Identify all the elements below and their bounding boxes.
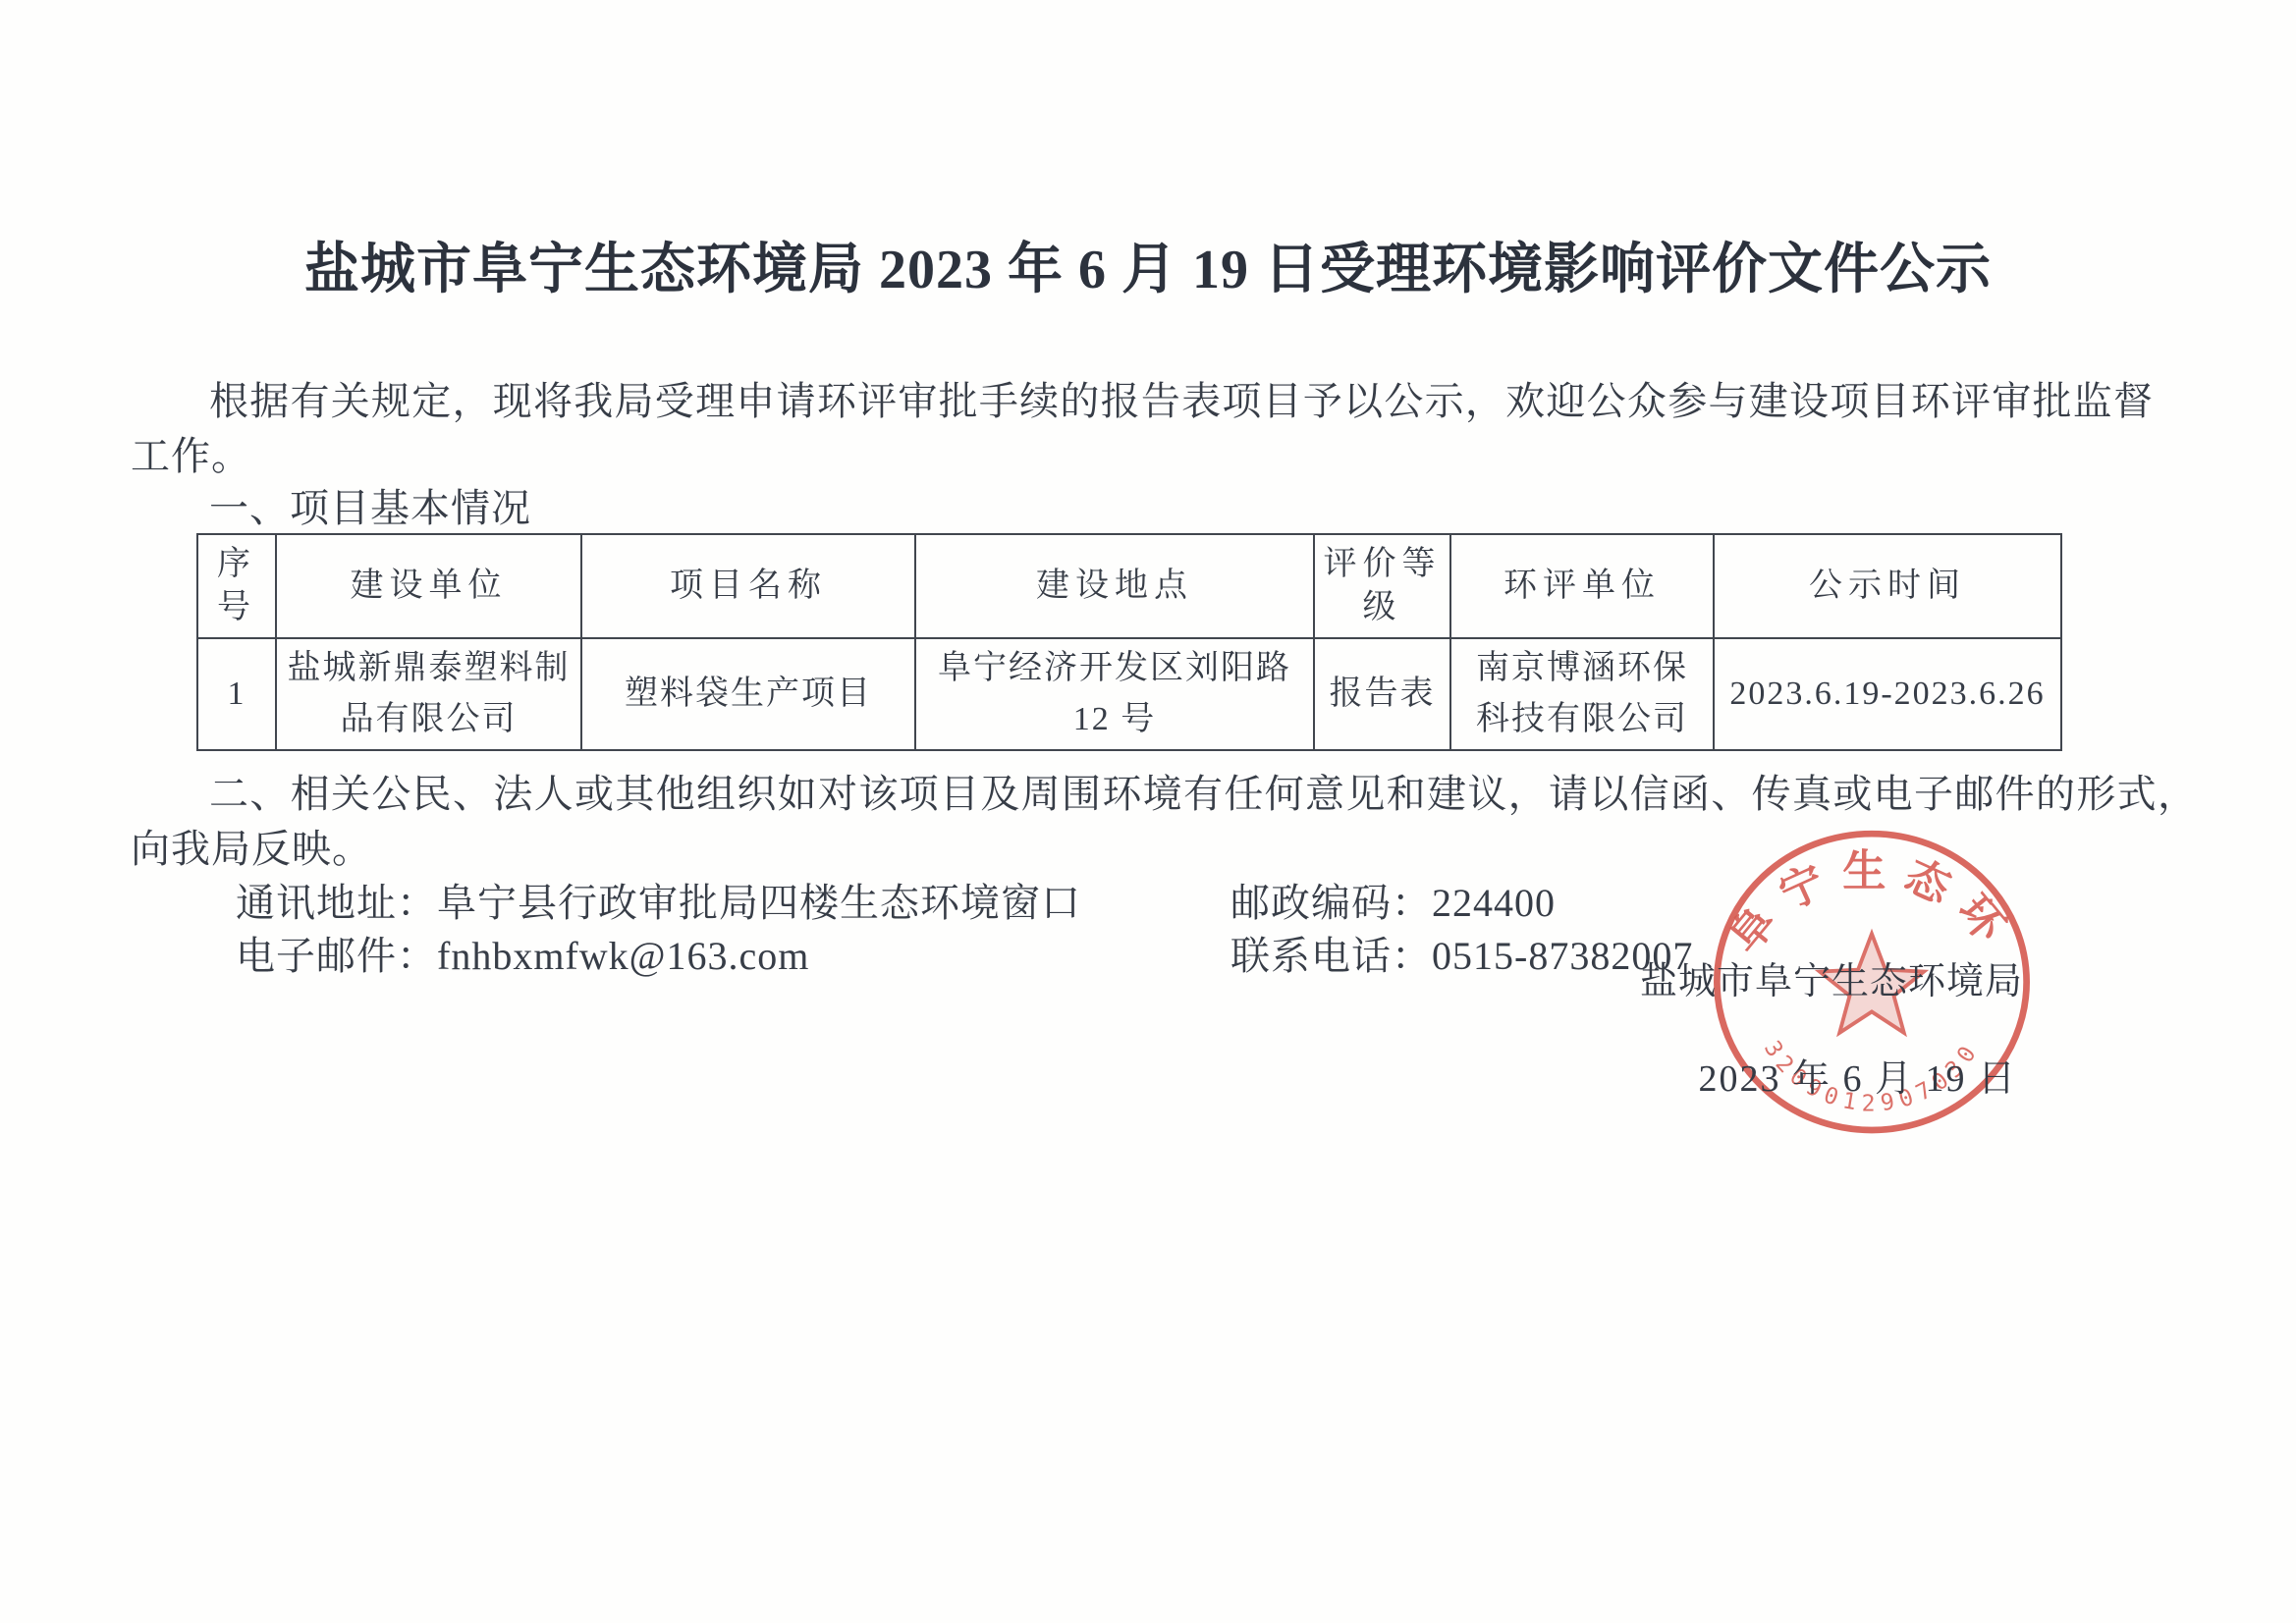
cell-publicity-period: 2023.6.19-2023.6.26	[1714, 638, 2061, 750]
cell-index: 1	[197, 638, 276, 750]
table-header-row: 序号 建设单位 项目名称 建设地点 评价等级 环评单位 公示时间	[197, 534, 2061, 638]
contact-email-line: 电子邮件：fnhbxmfwk@163.com	[236, 930, 1230, 983]
column-header-location: 建设地点	[915, 534, 1314, 638]
postcode-value: 224400	[1432, 881, 1556, 925]
section-one-heading: 一、项目基本情况	[131, 484, 2154, 533]
signature-org: 盐城市阜宁生态环境局	[1640, 950, 2023, 1004]
scanned-document-page: 盐城市阜宁生态环境局 2023 年 6 月 19 日受理环境影响评价文件公示 根…	[0, 0, 2296, 1623]
column-header-publicity-period: 公示时间	[1714, 534, 2061, 638]
column-header-company: 建设单位	[276, 534, 581, 638]
cell-location: 阜宁经济开发区刘阳路 12 号	[915, 638, 1314, 750]
signature-date: 2023 年 6 月 19 日	[1640, 1048, 2017, 1102]
address-label: 通讯地址：	[236, 881, 437, 925]
column-header-eia-agency: 环评单位	[1450, 534, 1714, 638]
intro-paragraph: 根据有关规定，现将我局受理申请环评审批手续的报告表项目予以公示，欢迎公众参与建设…	[131, 374, 2154, 484]
column-header-level: 评价等级	[1314, 534, 1450, 638]
column-header-index: 序号	[197, 534, 276, 638]
column-header-project: 项目名称	[581, 534, 915, 638]
table-row: 1 盐城新鼎泰塑料制品有限公司 塑料袋生产项目 阜宁经济开发区刘阳路 12 号 …	[197, 638, 2061, 750]
email-value: fnhbxmfwk@163.com	[437, 934, 809, 978]
page-title: 盐城市阜宁生态环境局 2023 年 6 月 19 日受理环境影响评价文件公示	[137, 239, 2159, 301]
project-info-table: 序号 建设单位 项目名称 建设地点 评价等级 环评单位 公示时间 1 盐城新鼎泰…	[196, 533, 2062, 751]
cell-project: 塑料袋生产项目	[581, 638, 915, 750]
phone-label: 联系电话：	[1230, 934, 1432, 978]
signature-block: 盐城市阜宁生态环境局 2023 年 6 月 19 日	[1640, 950, 2023, 1102]
cell-eia-agency: 南京博涵环保科技有限公司	[1450, 638, 1714, 750]
address-value: 阜宁县行政审批局四楼生态环境窗口	[437, 881, 1081, 925]
contact-left-column: 通讯地址：阜宁县行政审批局四楼生态环境窗口 电子邮件：fnhbxmfwk@163…	[236, 877, 1230, 983]
cell-company: 盐城新鼎泰塑料制品有限公司	[276, 638, 581, 750]
contact-address-line: 通讯地址：阜宁县行政审批局四楼生态环境窗口	[236, 877, 1230, 930]
postcode-label: 邮政编码：	[1230, 881, 1432, 925]
cell-level: 报告表	[1314, 638, 1450, 750]
email-label: 电子邮件：	[236, 934, 437, 978]
